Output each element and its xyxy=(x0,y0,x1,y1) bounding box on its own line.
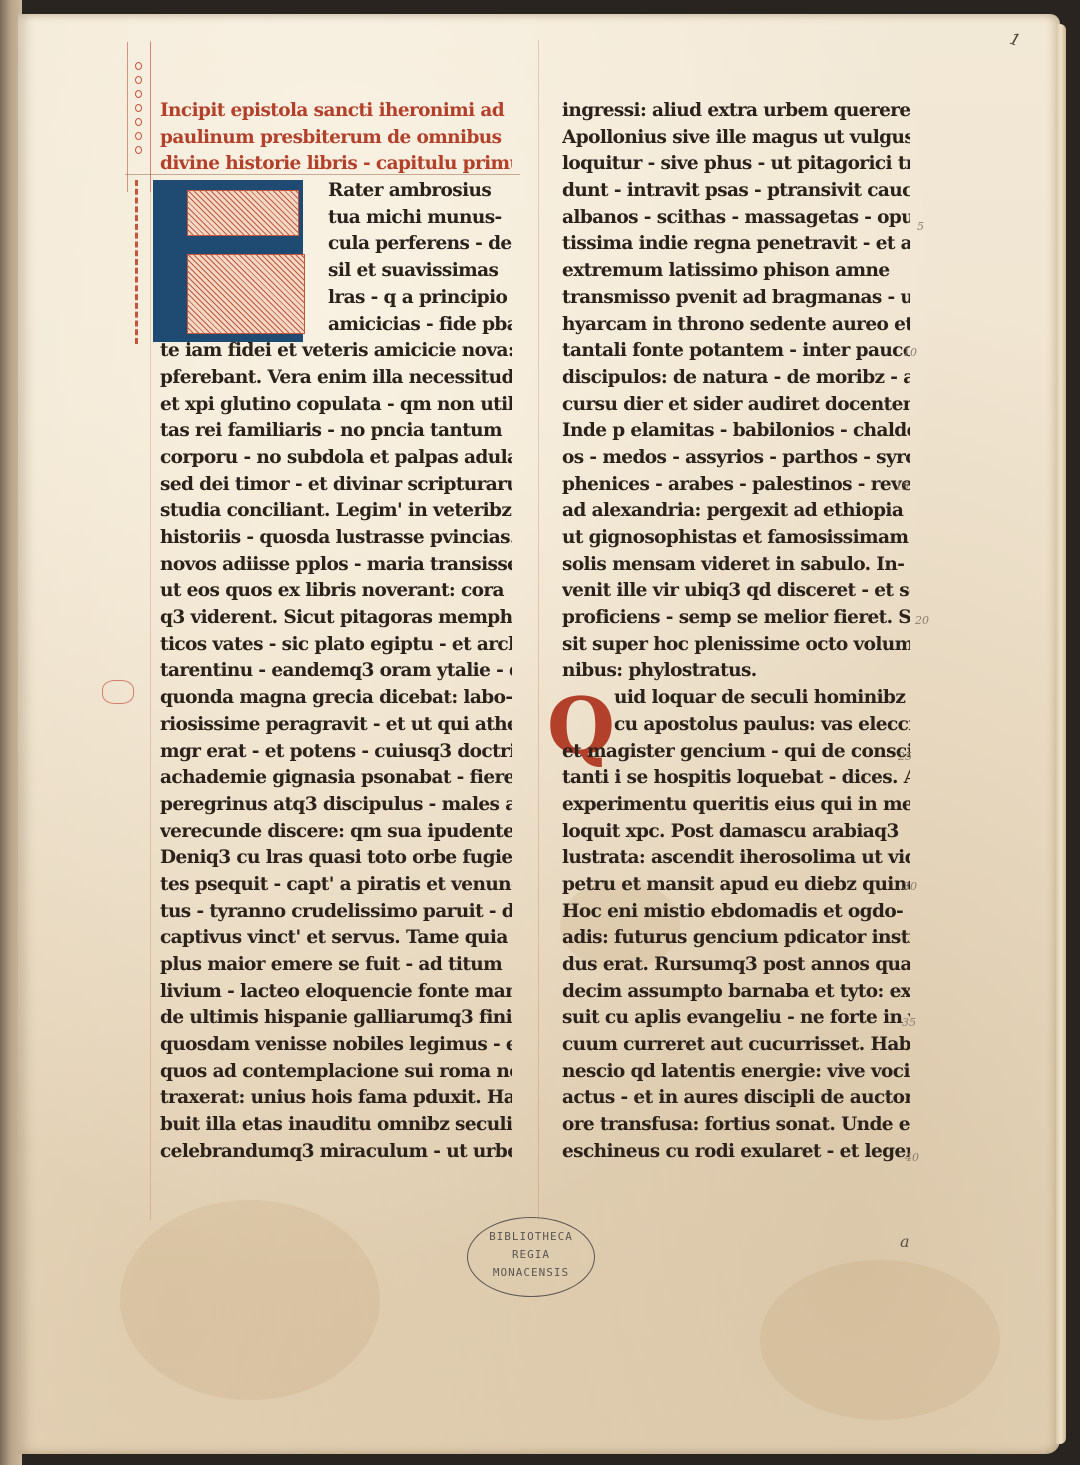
text-line: studia conciliant. Legim' in veteribz xyxy=(160,498,512,525)
text-line: cursu dier et sider audiret docentem. xyxy=(562,392,910,419)
text-line: ad alexandria: pergexit ad ethiopia - xyxy=(562,498,910,525)
text-line: ut eos quos ex libris noverant: cora xyxy=(160,578,512,605)
paper-stain xyxy=(760,1260,1000,1420)
margin-line-number: 40 xyxy=(905,1151,919,1164)
marginal-doodle-icon xyxy=(102,680,134,704)
text-line: peregrinus atq3 discipulus - males alien… xyxy=(160,792,512,819)
text-line: Rater ambrosius xyxy=(160,178,512,205)
text-line: sed dei timor - et divinar scripturaru xyxy=(160,472,512,499)
flourish-dot-icon xyxy=(135,146,142,154)
text-line: quosdam venisse nobiles legimus - et xyxy=(160,1032,512,1059)
flourish-dot-icon xyxy=(135,104,142,112)
text-line: buit illa etas inauditu omnibz seculis - xyxy=(160,1112,512,1139)
ruling-line xyxy=(538,40,539,1220)
text-line: loquit xpc. Post damascu arabiaq3 xyxy=(562,819,910,846)
text-line: amicicias - fide pba- xyxy=(160,312,512,339)
text-line: dus erat. Rursumq3 post annos quator- xyxy=(562,952,910,979)
text-line: sit super hoc plenissime octo volumi- xyxy=(562,632,910,659)
text-line: transmisso pvenit ad bragmanas - ut xyxy=(562,285,910,312)
text-line: et xpi glutino copulata - qm non utili- xyxy=(160,392,512,419)
library-stamp: BIBLIOTHECA REGIA MONACENSIS xyxy=(467,1217,595,1297)
text-line: tanti i se hospitis loquebat - dices. An xyxy=(562,765,910,792)
margin-line-number: 35 xyxy=(902,1016,916,1029)
margin-line-number: 5 xyxy=(917,220,924,233)
text-line: actus - et in aures discipli de auctoris xyxy=(562,1085,910,1112)
text-line: historiis - quosda lustrasse pvincias. xyxy=(160,525,512,552)
text-line: verecunde discere: qm sua ipudenter inge… xyxy=(160,819,512,846)
text-line: livium - lacteo eloquencie fonte manante… xyxy=(160,979,512,1006)
text-line: tes psequit - capt' a piratis et venunda… xyxy=(160,872,512,899)
text-line: de ultimis hispanie galliarumq3 finibz - xyxy=(160,1005,512,1032)
text-line: phenices - arabes - palestinos - reversu… xyxy=(562,472,910,499)
text-line: plus maior emere se fuit - ad titum xyxy=(160,952,512,979)
text-line: Apollonius sive ille magus ut vulgus xyxy=(562,125,910,152)
text-line: et magister gencium - qui de consciencia xyxy=(562,739,910,766)
text-line: decim assumpto barnaba et tyto: expo- xyxy=(562,979,910,1006)
margin-line-number: 15 xyxy=(895,480,909,493)
stamp-line: MONACENSIS xyxy=(468,1264,594,1282)
text-line: tissima indie regna penetravit - et ad xyxy=(562,231,910,258)
text-line: proficiens - semp se melior fieret. Scri… xyxy=(562,605,910,632)
text-line: nescio qd latentis energie: vive vocis xyxy=(562,1059,910,1086)
text-line: lras - q a principio xyxy=(160,285,512,312)
flourish-dot-icon xyxy=(135,132,142,140)
text-line: os - medos - assyrios - parthos - syros … xyxy=(562,445,910,472)
text-line: eschineus cu rodi exularet - et legeretu… xyxy=(562,1139,910,1166)
pencil-mark: a xyxy=(900,1232,910,1251)
stamp-line: REGIA xyxy=(468,1246,594,1264)
text-line: sil et suavissimas xyxy=(160,258,512,285)
text-line: petru et mansit apud eu diebz quindeci. xyxy=(562,872,910,899)
text-line: suit cu aplis evangeliu - ne forte in va… xyxy=(562,1005,910,1032)
text-line: solis mensam videret in sabulo. In- xyxy=(562,552,910,579)
text-line: celebrandumq3 miraculum - ut urbe tanta xyxy=(160,1139,512,1166)
text-line: cu apostolus paulus: vas eleccionis - xyxy=(562,712,910,739)
margin-line-number: 25 xyxy=(898,750,912,763)
text-line: adis: futurus gencium pdicator instruen- xyxy=(562,925,910,952)
rubric-line: paulinum presbiterum de omnibus xyxy=(160,125,512,152)
text-line: discipulos: de natura - de moribz - ac d… xyxy=(562,365,910,392)
margin-line-number: 10 xyxy=(903,346,917,359)
text-line: corporu - no subdola et palpas adulatio … xyxy=(160,445,512,472)
margin-line-number: 30 xyxy=(903,880,917,893)
right-column: ingressi: aliud extra urbem quererent. A… xyxy=(562,98,910,1166)
text-line: riosissime peragravit - et ut qui atheni… xyxy=(160,712,512,739)
rubric-line: divine historie libris - capitulu primu. xyxy=(160,151,512,178)
text-line: dunt - intravit psas - ptransivit caucas… xyxy=(562,178,910,205)
text-line: venit ille vir ubiq3 qd disceret - et se… xyxy=(562,578,910,605)
flourish-dot-icon xyxy=(135,90,142,98)
stamp-line: BIBLIOTHECA xyxy=(468,1228,594,1246)
text-line: captivus vinct' et servus. Tame quia xyxy=(160,925,512,952)
text-line: loquitur - sive phus - ut pitagorici tra… xyxy=(562,151,910,178)
text-line: uid loquar de seculi hominibz - xyxy=(562,685,910,712)
text-line: Deniq3 cu lras quasi toto orbe fugien- xyxy=(160,845,512,872)
text-line: tas rei familiaris - no pncia tantum xyxy=(160,418,512,445)
text-line: cuum curreret aut cucurrisset. Habet xyxy=(562,1032,910,1059)
text-line: hyarcam in throno sedente aureo et de xyxy=(562,312,910,339)
text-line: experimentu queritis eius qui in me xyxy=(562,792,910,819)
text-line: Inde p elamitas - babilonios - chalde- xyxy=(562,418,910,445)
text-line: q3 viderent. Sicut pitagoras memphi- xyxy=(160,605,512,632)
text-line: pferebant. Vera enim illa necessitudo e. xyxy=(160,365,512,392)
text-line: ingressi: aliud extra urbem quererent. xyxy=(562,98,910,125)
margin-line-number: 20 xyxy=(915,614,929,627)
text-line: cula perferens - detulit xyxy=(160,231,512,258)
rubric-line: Incipit epistola sancti iheronimi ad xyxy=(160,98,512,125)
text-line: albanos - scithas - massagetas - opulē- xyxy=(562,205,910,232)
text-line: extremum latissimo phison amne xyxy=(562,258,910,285)
page-edge xyxy=(1056,24,1066,1444)
text-line: ut gignosophistas et famosissimam xyxy=(562,525,910,552)
text-line: tantali fonte potantem - inter paucos xyxy=(562,338,910,365)
text-line: mgr erat - et potens - cuiusq3 doctrinas xyxy=(160,739,512,766)
text-line: achademie gignasia psonabat - fieret xyxy=(160,765,512,792)
text-line: nibus: phylostratus. xyxy=(562,658,910,685)
text-line: lustrata: ascendit iherosolima ut videt xyxy=(562,845,910,872)
text-line: tarentinu - eandemq3 oram ytalie - que xyxy=(160,658,512,685)
text-line: tus - tyranno crudelissimo paruit - duct… xyxy=(160,899,512,926)
text-line: ticos vates - sic plato egiptu - et arch… xyxy=(160,632,512,659)
flourish-dot-icon xyxy=(135,118,142,126)
text-line: traxerat: unius hois fama pduxit. Ha- xyxy=(160,1085,512,1112)
text-line: ore transfusa: fortius sonat. Unde et xyxy=(562,1112,910,1139)
left-column: Incipit epistola sancti iheronimi ad pau… xyxy=(160,98,512,1166)
flourish-dot-icon xyxy=(135,62,142,70)
text-line: te iam fidei et veteris amicicie nova: xyxy=(160,338,512,365)
text-line: quos ad contemplacione sui roma no xyxy=(160,1059,512,1086)
paper-stain xyxy=(120,1200,380,1400)
text-line: Hoc eni mistio ebdomadis et ogdo- xyxy=(562,899,910,926)
text-line: quonda magna grecia dicebat: labo- xyxy=(160,685,512,712)
flourish-dot-icon xyxy=(135,76,142,84)
text-line: novos adiisse pplos - maria transisse - xyxy=(160,552,512,579)
text-line: tua michi munus- xyxy=(160,205,512,232)
